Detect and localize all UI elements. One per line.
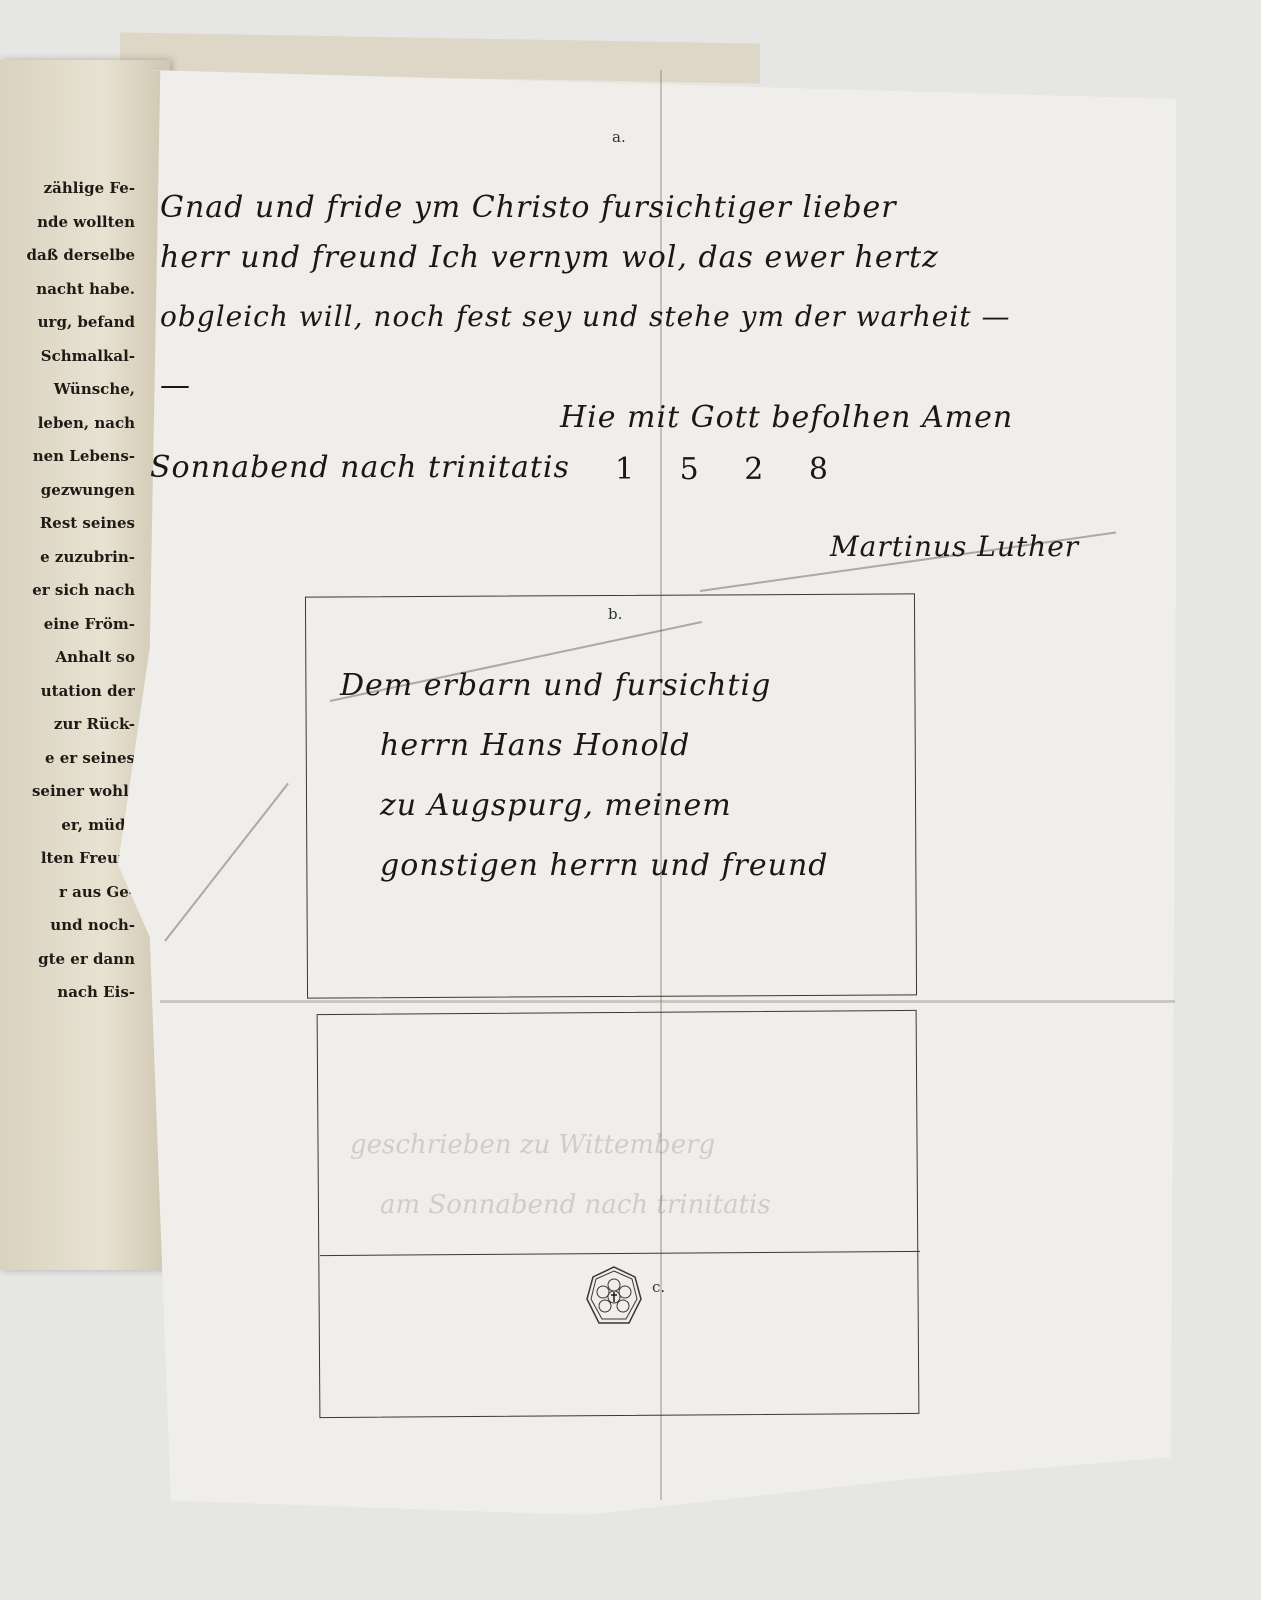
address-line-2: herrn Hans Honold (380, 728, 690, 763)
letter-line-2: herr und freund Ich vernym wol, das ewer… (160, 240, 939, 275)
page-mark-a: a. (612, 128, 626, 146)
address-line-3: zu Augspurg, meinem (380, 788, 732, 823)
book-text-line: Wünsche, (0, 373, 135, 407)
book-text-line: gte er dann (0, 943, 135, 977)
letter-line-3: obgleich will, noch fest sey und stehe y… (160, 300, 1010, 333)
book-text-line: urg, befand (0, 306, 135, 340)
luther-rose-seal-icon (585, 1265, 643, 1329)
book-text-line: er sich nach (0, 574, 135, 608)
book-text-line: und noch- (0, 909, 135, 943)
page-mark-b: b. (608, 605, 622, 623)
book-text-line: nach Eis- (0, 976, 135, 1010)
address-line-4: gonstigen herrn und freund (380, 848, 829, 883)
book-text-line: e zuzubrin- (0, 541, 135, 575)
faint-show-through-text: am Sonnabend nach trinitatis (380, 1190, 771, 1220)
letter-closing: Hie mit Gott befolhen Amen (560, 400, 1013, 435)
book-text-line: Schmalkal- (0, 340, 135, 374)
letter-signature: Martinus Luther (830, 530, 1079, 563)
book-text-line: r aus Ge- (0, 876, 135, 910)
horizontal-fold-line (160, 1000, 1175, 1003)
book-text-line: lten Freun- (0, 842, 135, 876)
book-text-line: utation der (0, 675, 135, 709)
letter-line-4: — (160, 368, 191, 403)
letter-date-line: Sonnabend nach trinitatis (150, 450, 570, 485)
book-text-line: nen Lebens- (0, 440, 135, 474)
book-text-line: daß derselbe (0, 239, 135, 273)
book-text-line: Rest seines (0, 507, 135, 541)
book-text-line: zählige Fe- (0, 172, 135, 206)
book-text-line: gezwungen (0, 474, 135, 508)
book-text-line: er, müde (0, 809, 135, 843)
book-text-line: nde wollten (0, 206, 135, 240)
faint-show-through-text: geschrieben zu Wittemberg (350, 1130, 715, 1160)
letter-line-1: Gnad und fride ym Christo fursichtiger l… (160, 190, 897, 225)
seal-label: c. (652, 1278, 665, 1296)
book-text-line: seiner wohl- (0, 775, 135, 809)
book-text-line: Anhalt so (0, 641, 135, 675)
book-text-line: eine Fröm- (0, 608, 135, 642)
book-text-line: e er seines (0, 742, 135, 776)
letter-year: 1 5 2 8 (615, 452, 846, 487)
address-line-1: Dem erbarn und fursichtig (340, 668, 771, 703)
book-text-line: leben, nach (0, 407, 135, 441)
book-text-line: zur Rück- (0, 708, 135, 742)
book-left-page: zählige Fe-nde wolltendaß derselbenacht … (0, 60, 170, 1270)
book-printed-text: zählige Fe-nde wolltendaß derselbenacht … (0, 172, 135, 1010)
book-text-line: nacht habe. (0, 273, 135, 307)
